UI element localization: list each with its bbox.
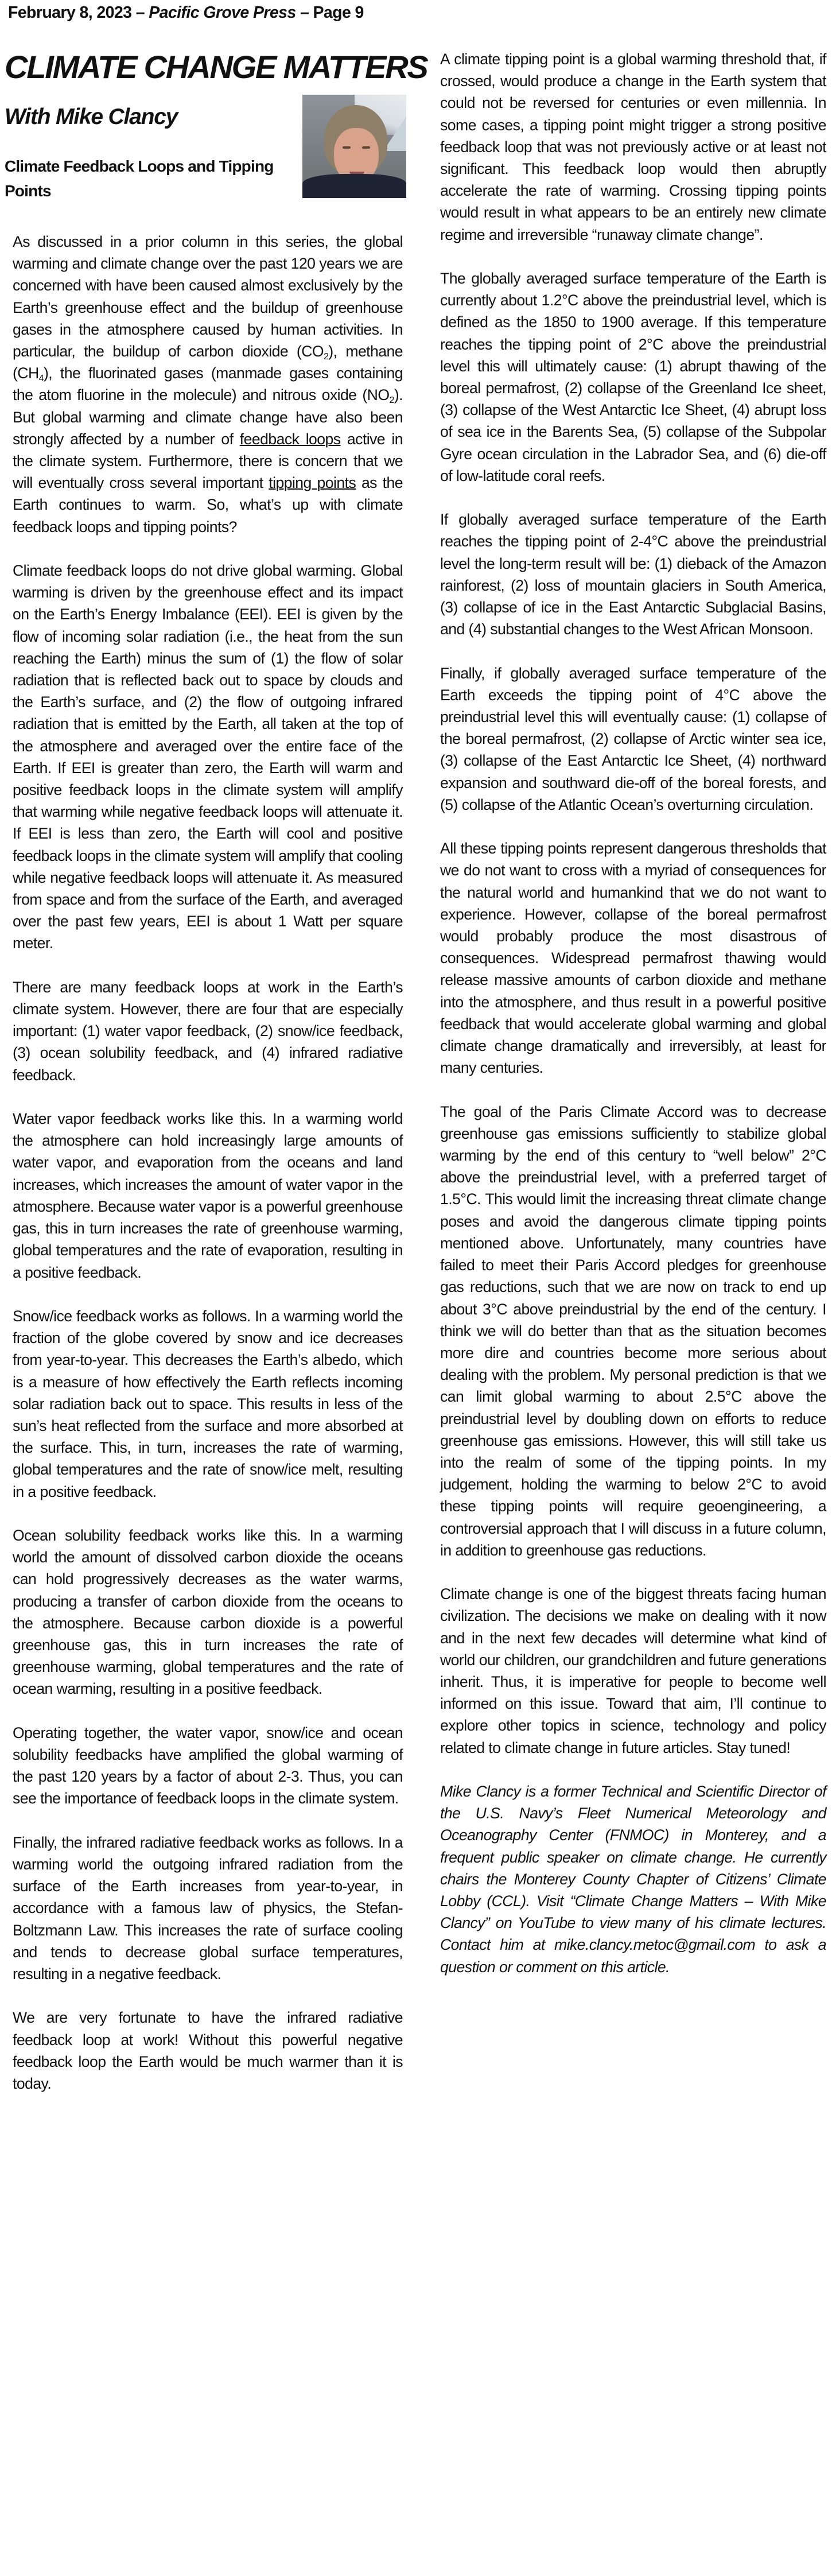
article-title: Climate Feedback Loops and Tipping Point…: [5, 154, 291, 203]
photo-sweater: [302, 174, 406, 198]
author-email-link[interactable]: mike.clancy.metoc@gmail.com: [554, 1936, 755, 1953]
paragraph-ocean-solubility: Ocean solubility feedback works like thi…: [13, 1524, 403, 1700]
paragraph-4c-tipping-point: Finally, if globally averaged surface te…: [440, 662, 826, 816]
photo-eye-left: [343, 146, 351, 149]
tipping-points-term: tipping points: [269, 474, 356, 491]
right-column: A climate tipping point is a global warm…: [440, 48, 826, 2000]
paragraph-2c-tipping-point: The globally averaged surface temperatur…: [440, 267, 826, 487]
paragraph-operating-together: Operating together, the water vapor, sno…: [13, 1722, 403, 1810]
paragraph-snow-ice: Snow/ice feedback works as follows. In a…: [13, 1305, 403, 1503]
ch4-subscript: 4: [39, 374, 44, 383]
paragraph-infrared-radiative: Finally, the infrared radiative feedback…: [13, 1832, 403, 1985]
paragraph-eei: Climate feedback loops do not drive glob…: [13, 560, 403, 955]
page-header: February 8, 2023 – Pacific Grove Press –…: [8, 3, 364, 22]
paragraph-conclusion: Climate change is one of the biggest thr…: [440, 1583, 826, 1759]
left-column-body: As discussed in a prior column in this s…: [13, 231, 403, 2116]
publication-name: Pacific Grove Press: [149, 3, 296, 22]
column-byline: With Mike Clancy: [5, 104, 177, 130]
paragraph-paris-accord: The goal of the Paris Climate Accord was…: [440, 1101, 826, 1561]
paragraph-dangerous-thresholds: All these tipping points represent dange…: [440, 837, 826, 1078]
column-title: CLIMATE CHANGE MATTERS: [5, 48, 427, 86]
issue-date: February 8, 2023: [8, 3, 131, 22]
feedback-loops-term: feedback loops: [240, 430, 341, 448]
page-number: Page 9: [313, 3, 364, 22]
paragraph-water-vapor: Water vapor feedback works like this. In…: [13, 1108, 403, 1283]
paragraph-intro: As discussed in a prior column in this s…: [13, 231, 403, 538]
paragraph-tipping-point-definition: A climate tipping point is a global warm…: [440, 48, 826, 246]
paragraph-fortunate: We are very fortunate to have the infrar…: [13, 2007, 403, 2094]
author-photo: [302, 95, 406, 198]
author-bio: Mike Clancy is a former Technical and Sc…: [440, 1780, 826, 1978]
right-column-body: A climate tipping point is a global warm…: [440, 48, 826, 1978]
no2-subscript: 2: [389, 395, 394, 405]
paragraph-four-feedbacks: There are many feedback loops at work in…: [13, 976, 403, 1086]
photo-eye-right: [362, 146, 370, 149]
paragraph-2-4c-tipping-point: If globally averaged surface temperature…: [440, 509, 826, 640]
